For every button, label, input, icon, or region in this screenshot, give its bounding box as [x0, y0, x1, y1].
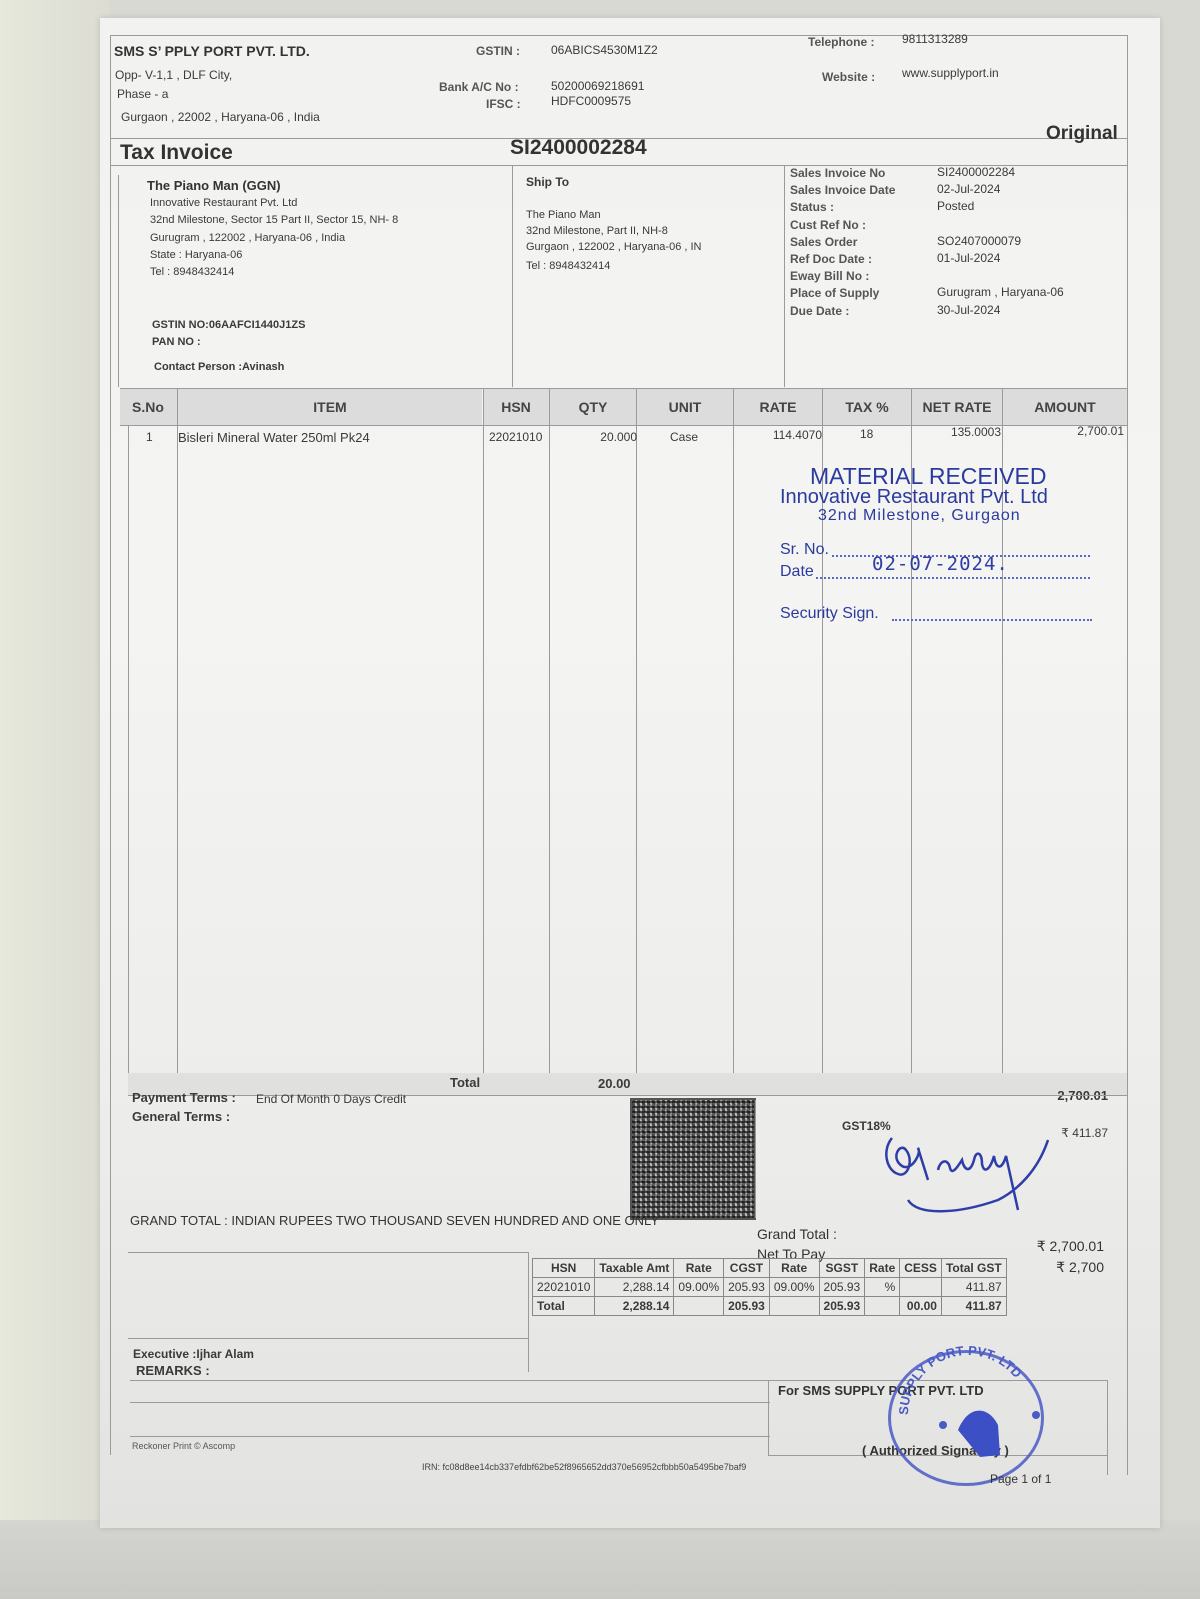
stamp-date-line	[816, 577, 1090, 579]
gst-cell: Rate	[865, 1259, 900, 1278]
gst-cell: 09.00%	[769, 1278, 819, 1297]
col-header-qty: QTY	[550, 389, 636, 425]
gst-cell: %	[865, 1278, 900, 1297]
col-header-rate: RATE	[734, 389, 822, 425]
cell-amount: 2,700.01	[1077, 424, 1124, 438]
meta-label: Eway Bill No :	[790, 269, 869, 283]
stamp-security-label: Security Sign.	[780, 605, 879, 623]
cell-sno: 1	[146, 430, 153, 444]
meta-label: Due Date :	[790, 304, 849, 318]
frame-top	[110, 35, 1128, 36]
amount-in-words: GRAND TOTAL : INDIAN RUPEES TWO THOUSAND…	[130, 1213, 659, 1228]
qr-code	[630, 1098, 756, 1220]
gst-cell: Total	[533, 1297, 595, 1316]
billto-line: Gurugram , 122002 , Haryana-06 , India	[150, 232, 345, 244]
document-title: Tax Invoice	[120, 141, 233, 165]
address-divider	[512, 165, 513, 387]
grand-total-value: ₹ 2,700.01	[1037, 1238, 1104, 1255]
stamp-security-line	[892, 619, 1092, 621]
grand-total-label: Grand Total :	[757, 1226, 837, 1242]
shipto-line: Tel : 8948432414	[526, 260, 610, 272]
svg-text:SUPPLY PORT PVT. LTD: SUPPLY PORT PVT. LTD	[896, 1345, 1025, 1415]
stamp-date-label: Date	[780, 563, 814, 581]
cell-net-rate: 135.0003	[951, 425, 1001, 439]
gst-cell: 2,288.14	[595, 1278, 674, 1297]
invoice-number: SI2400002284	[510, 136, 647, 160]
billto-pan: PAN NO :	[152, 336, 201, 348]
meta-value: SO2407000079	[937, 234, 1021, 248]
executive-divider	[128, 1338, 528, 1339]
shipto-line: Gurgaon , 122002 , Haryana-06 , IN	[526, 241, 702, 253]
gst-cell: HSN	[533, 1259, 595, 1278]
meta-label: Status :	[790, 200, 834, 214]
gst-cell: 411.87	[941, 1297, 1006, 1316]
billto-gstin: GSTIN NO:06AAFCI1440J1ZS	[152, 319, 305, 331]
cell-rate: 114.4070	[773, 428, 822, 442]
page-number: Page 1 of 1	[990, 1472, 1051, 1486]
remarks-label: REMARKS :	[136, 1363, 210, 1378]
gst-cell: Rate	[674, 1259, 724, 1278]
meta-label: Cust Ref No :	[790, 218, 866, 232]
col-header-amount: AMOUNT	[1003, 389, 1127, 425]
gst-cell: 22021010	[533, 1278, 595, 1297]
col-line	[549, 389, 550, 1079]
received-date-handwritten: 02-07-2024.	[872, 553, 1009, 575]
executive-name: Executive :Ijhar Alam	[133, 1347, 254, 1361]
remarks-field	[132, 1404, 768, 1434]
print-credit: Reckoner Print © Ascomp	[132, 1441, 235, 1451]
seller-name: SMS S’ PPLY PORT PVT. LTD.	[114, 43, 310, 59]
gst-cell: 00.00	[900, 1297, 942, 1316]
cell-unit: Case	[670, 430, 698, 444]
gst-cell: SGST	[819, 1259, 865, 1278]
payment-terms-label: Payment Terms :	[132, 1090, 236, 1105]
seller-address-line: Opp- V-1,1 , DLF City,	[115, 68, 232, 82]
telephone-label: Telephone :	[808, 35, 874, 49]
payment-terms-value: End Of Month 0 Days Credit	[256, 1092, 406, 1106]
frame-left	[110, 35, 111, 1455]
gst-cell: 411.87	[941, 1278, 1006, 1297]
shipto-label: Ship To	[526, 175, 569, 189]
shipto-line: The Piano Man	[526, 209, 601, 221]
gst-cell: 09.00%	[674, 1278, 724, 1297]
gst-cell: Rate	[769, 1259, 819, 1278]
words-divider	[128, 1252, 528, 1253]
meta-value: SI2400002284	[937, 165, 1015, 179]
cell-item: Bisleri Mineral Water 250ml Pk24	[178, 430, 370, 445]
col-line	[128, 425, 129, 1095]
meta-label: Place of Supply	[790, 286, 879, 300]
bank-account: 50200069218691	[551, 79, 644, 93]
gst-table-header: HSNTaxable AmtRateCGSTRateSGSTRateCESSTo…	[533, 1259, 1007, 1278]
billto-line: Tel : 8948432414	[150, 266, 234, 278]
cell-qty: 20.000	[600, 430, 637, 444]
gst-table-total: Total2,288.14205.93205.9300.00411.87	[533, 1297, 1007, 1316]
total-qty: 20.00	[598, 1076, 631, 1091]
frame-right	[1127, 35, 1128, 1475]
seller-gstin: 06ABICS4530M1Z2	[551, 43, 658, 57]
gst-cell: CGST	[724, 1259, 770, 1278]
total-label: Total	[450, 1075, 480, 1090]
signatory-divider	[768, 1380, 769, 1455]
seller-website[interactable]: www.supplyport.in	[902, 66, 999, 80]
seller-address-line: Phase - a	[117, 87, 168, 101]
gst-cell: 2,288.14	[595, 1297, 674, 1316]
stamp-srno-label: Sr. No.	[780, 541, 829, 559]
meta-label: Sales Invoice Date	[790, 183, 895, 197]
meta-label: Ref Doc Date :	[790, 252, 872, 266]
stamp-address: 32nd Milestone, Gurgaon	[818, 507, 1021, 525]
gst-cell: Total GST	[941, 1259, 1006, 1278]
stamp-company: Innovative Restaurant Pvt. Ltd	[780, 486, 1048, 509]
col-header-sno: S.No	[120, 389, 178, 425]
meta-value: Gurugram , Haryana-06	[937, 285, 1064, 299]
col-line	[636, 389, 637, 1079]
seller-address-line: Gurgaon , 22002 , Haryana-06 , India	[121, 110, 320, 124]
gst-cell: 205.93	[819, 1297, 865, 1316]
billto-contact: Contact Person :Avinash	[154, 361, 284, 373]
col-line	[483, 389, 484, 1079]
meta-value: 01-Jul-2024	[937, 251, 1000, 265]
billto-border	[118, 175, 119, 387]
col-header-unit: UNIT	[637, 389, 733, 425]
shipto-line: 32nd Milestone, Part II, NH-8	[526, 225, 668, 237]
billto-line: Innovative Restaurant Pvt. Ltd	[150, 197, 297, 209]
col-header-net-rate: NET RATE	[912, 389, 1002, 425]
cell-tax: 18	[860, 427, 873, 441]
meta-divider	[784, 165, 785, 387]
meta-value: 02-Jul-2024	[937, 182, 1000, 196]
meta-value: Posted	[937, 199, 974, 213]
ifsc-code: HDFC0009575	[551, 94, 631, 108]
website-label: Website :	[822, 70, 875, 84]
col-line	[733, 389, 734, 1079]
gst-amount: ₹ 411.87	[1061, 1126, 1108, 1140]
gst-cell	[769, 1297, 819, 1316]
gstin-label: GSTIN :	[476, 44, 520, 58]
irn-number: IRN: fc08d8ee14cb337efdbf62be52f8965652d…	[422, 1462, 746, 1472]
cell-hsn: 22021010	[489, 430, 542, 444]
gst-breakup-table: HSNTaxable AmtRateCGSTRateSGSTRateCESSTo…	[532, 1258, 1007, 1316]
bank-label: Bank A/C No :	[439, 80, 519, 94]
gst-left-border	[528, 1252, 529, 1372]
remarks-bottom	[130, 1436, 770, 1437]
meta-label: Sales Order	[790, 235, 857, 249]
copy-type: Original	[1046, 123, 1118, 145]
seller-telephone: 9811313289	[902, 32, 968, 46]
background-surface	[0, 0, 110, 1599]
signatory-right	[1107, 1380, 1108, 1475]
summary-divider	[755, 1100, 756, 1218]
billto-line: State : Haryana-06	[150, 249, 242, 261]
gst-cell	[674, 1297, 724, 1316]
gst-cell: 205.93	[819, 1278, 865, 1297]
gst-cell: Taxable Amt	[595, 1259, 674, 1278]
background-surface-bottom	[0, 1520, 1200, 1599]
remarks-field-top	[130, 1402, 770, 1403]
billto-line: 32nd Milestone, Sector 15 Part II, Secto…	[150, 214, 398, 226]
gst-table-row: 220210102,288.1409.00%205.9309.00%205.93…	[533, 1278, 1007, 1297]
billto-name: The Piano Man (GGN)	[147, 178, 281, 193]
gst-cell: 205.93	[724, 1297, 770, 1316]
ifsc-label: IFSC :	[486, 97, 521, 111]
gst-cell: 205.93	[724, 1278, 770, 1297]
gst-cell	[865, 1297, 900, 1316]
net-to-pay-value: ₹ 2,700	[1056, 1259, 1104, 1276]
handwritten-signature	[878, 1130, 1058, 1220]
gst-cell	[900, 1278, 942, 1297]
meta-label: Sales Invoice No	[790, 166, 885, 180]
seal-text: SUPPLY PORT PVT. LTD	[888, 1345, 1048, 1485]
col-header-tax: TAX %	[823, 389, 911, 425]
col-header-hsn: HSN	[483, 389, 549, 425]
col-line	[177, 389, 178, 1079]
meta-value: 30-Jul-2024	[937, 303, 1000, 317]
general-terms-label: General Terms :	[132, 1109, 230, 1124]
col-header-item: ITEM	[178, 389, 482, 425]
gst-cell: CESS	[900, 1259, 942, 1278]
